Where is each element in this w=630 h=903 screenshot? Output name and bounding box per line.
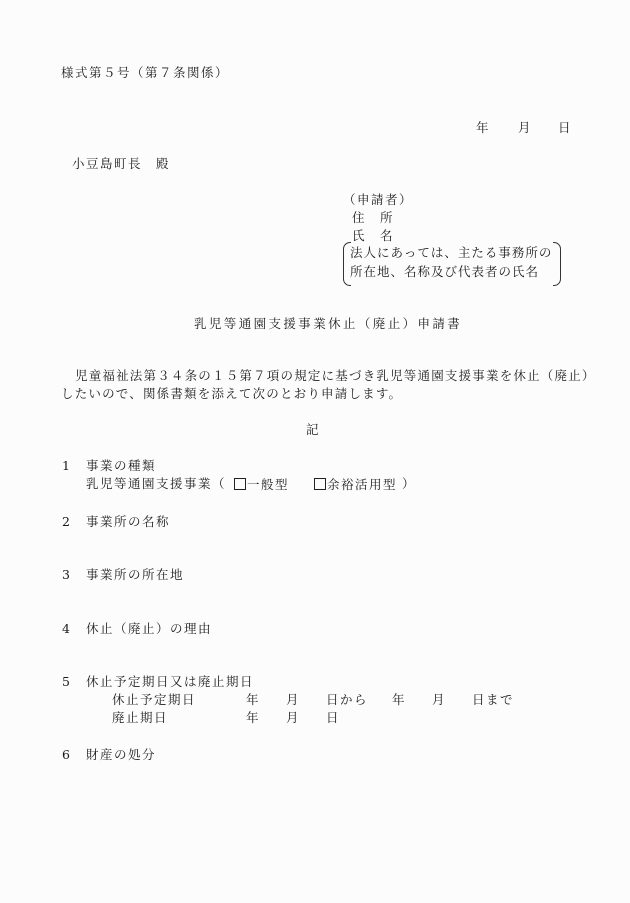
item-2-number: 2 [62,516,70,529]
suspension-month: 月 [286,694,299,707]
suspension-year-2: 年 [392,694,405,707]
suspension-month-2: 月 [432,694,445,707]
corporate-note-line1: 法人にあっては、主たる事務所の [350,247,552,260]
date-month-label: 月 [518,122,531,135]
checkbox-surplus-use[interactable] [314,478,326,490]
abolition-year: 年 [246,712,259,725]
date-year-label: 年 [476,122,489,135]
note-heading: 記 [306,424,319,437]
form-number: 様式第５号（第７条関係） [61,67,229,80]
applicant-heading: （申請者） [343,194,413,207]
abolition-date-label: 廃止期日 [112,712,168,725]
abolition-day: 日 [326,712,339,725]
option-surplus-use-label: 余裕活用型 [327,477,397,492]
item-2-label: 事業所の名称 [86,516,170,529]
item-3-number: 3 [62,569,70,582]
corporate-note-bracket: 法人にあっては、主たる事務所の 所在地、名称及び代表者の氏名 [343,242,561,284]
suspension-year: 年 [246,694,259,707]
suspension-day-to: 日まで [472,694,514,707]
addressee: 小豆島町長 殿 [72,158,170,171]
body-text-line2: したいので、関係書類を添えて次のとおり申請します。 [61,388,402,401]
date-day-label: 日 [558,122,571,135]
body-text-line1: 児童福祉法第３４条の１５第７項の規定に基づき乳児等通園支援事業を休止（廃止） [75,370,596,383]
item-1-number: 1 [62,460,70,473]
option-general-label: 一般型 [247,477,289,492]
option-surplus-use[interactable]: 余裕活用型 [314,478,397,492]
item-1-prefix: 乳児等通園支援事業（ [86,478,226,491]
suspension-date-label: 休止予定期日 [112,694,196,707]
item-6-label: 財産の処分 [86,749,156,762]
document-title: 乳児等通園支援事業休止（廃止）申請書 [194,318,462,331]
suspension-day-from: 日から [326,694,368,707]
item-5-number: 5 [62,676,70,689]
option-general[interactable]: 一般型 [234,478,289,492]
checkbox-general[interactable] [234,478,246,490]
item-1-suffix: ） [402,478,415,491]
applicant-address-label: 住 所 [352,212,394,225]
corporate-note-line2: 所在地、名称及び代表者の氏名 [350,266,539,279]
abolition-month: 月 [286,712,299,725]
item-4-number: 4 [62,623,70,636]
item-1-label: 事業の種類 [86,460,156,473]
right-bracket [553,242,561,286]
item-5-label: 休止予定期日又は廃止期日 [86,676,254,689]
applicant-name-label: 氏 名 [352,230,394,243]
item-3-label: 事業所の所在地 [86,569,184,582]
item-6-number: 6 [62,749,70,762]
item-4-label: 休止（廃止）の理由 [86,623,212,636]
